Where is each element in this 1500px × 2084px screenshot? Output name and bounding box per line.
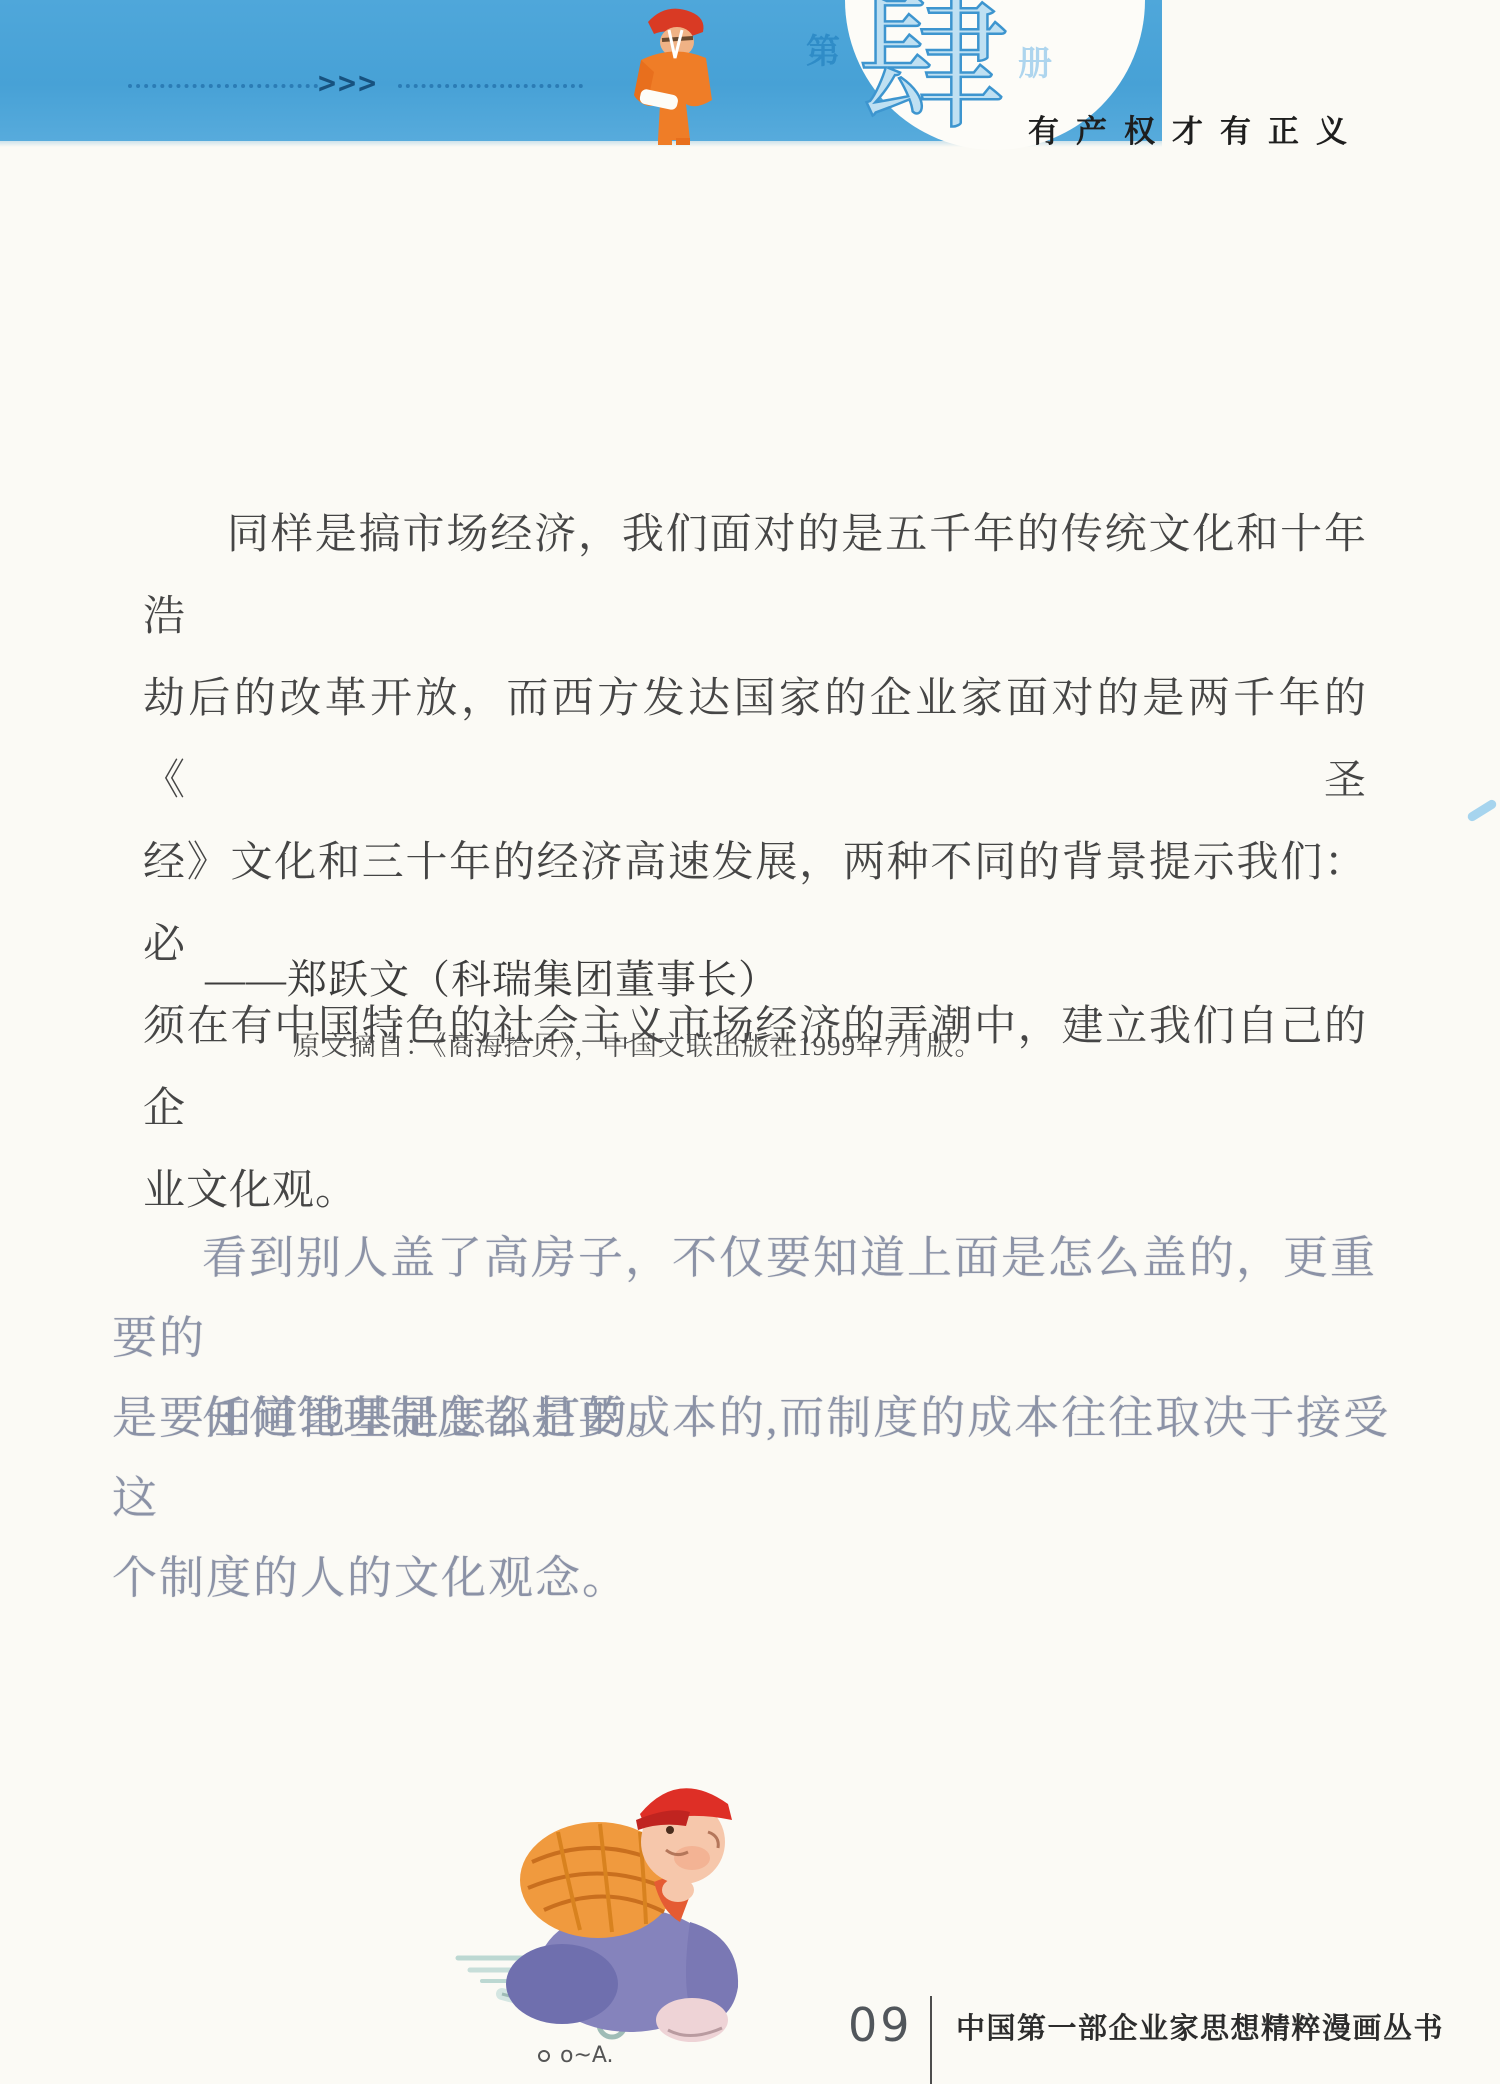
volume-number-char: 肆	[858, 0, 1008, 140]
handwritten-line: 任何管理制度都是要成本的,而制度的成本往往取决于接受这	[112, 1378, 1402, 1538]
quote-source: 原文摘自：《商海拾贝》，中国文联出版社1999年7月版。	[293, 1024, 983, 1063]
man-hand	[662, 1878, 694, 1902]
scan-artifact	[1466, 798, 1498, 823]
worker-cartoon-icon	[596, 0, 746, 145]
quote-paragraph: 同样是搞市场经济，我们面对的是五千年的传统文化和十年浩 劫后的改革开放，而西方发…	[143, 494, 1367, 1232]
sitting-man-cartoon: o~A.	[440, 1762, 780, 2077]
worker-left-leg	[658, 138, 672, 145]
dashed-line-right	[398, 84, 583, 88]
handwritten-line: 个制度的人的文化观念。	[112, 1538, 1402, 1618]
man-left-leg	[506, 1944, 618, 2024]
worker-glasses	[662, 38, 693, 40]
book-page: >>> 第 肆 册 有产权才有正义 同样是搞市场经济，我们面对的是五千年的传统文…	[0, 0, 1500, 2084]
quote-line: 须在有中国特色的社会主义市场经济的弄潮中，建立我们自己的企	[143, 986, 1367, 1150]
volume-suffix: 册	[1018, 36, 1052, 85]
series-title: 中国第一部企业家思想精粹漫画丛书	[956, 2006, 1444, 2047]
artist-scribble: o~A.	[560, 2043, 614, 2068]
handwritten-paragraph-2: 任何管理制度都是要成本的,而制度的成本往往取决于接受这 个制度的人的文化观念。	[112, 1378, 1402, 1618]
quote-attribution: ——郑跃文（科瑞集团董事长）	[205, 948, 779, 1005]
chevrons-decoration: >>>	[318, 66, 378, 101]
man-eye	[666, 1826, 674, 1834]
quote-line: 同样是搞市场经济，我们面对的是五千年的传统文化和十年浩	[143, 494, 1367, 658]
volume-prefix: 第	[806, 24, 840, 73]
scribble-mark	[539, 2051, 549, 2061]
dashed-line-left	[128, 84, 318, 88]
footer-divider	[930, 1996, 932, 2084]
page-number: 09	[848, 1998, 913, 2052]
worker-right-leg	[676, 138, 690, 145]
chapter-title: 有产权才有正义	[1028, 106, 1364, 151]
quote-line: 劫后的改革开放，而西方发达国家的企业家面对的是两千年的《圣	[143, 658, 1367, 822]
man-cheek	[674, 1846, 710, 1870]
handwritten-line: 看到别人盖了高房子，不仅要知道上面是怎么盖的，更重要的	[112, 1218, 1402, 1378]
